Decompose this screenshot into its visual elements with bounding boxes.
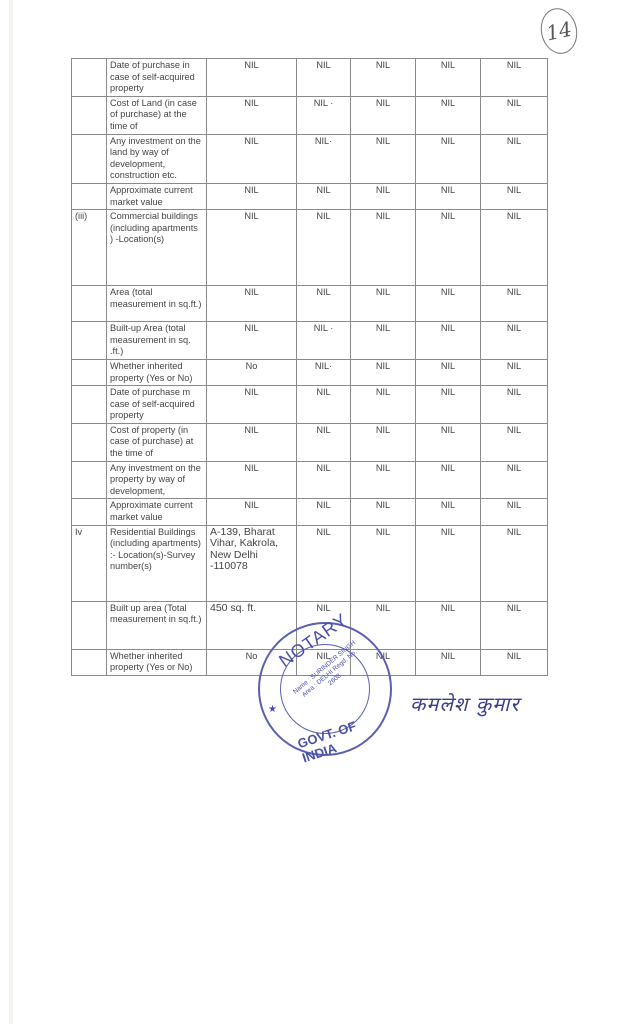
description-cell: Whether inherited property (Yes or No) — [107, 649, 207, 675]
value-cell: NIL — [416, 525, 481, 601]
value-cell: NIL — [297, 386, 351, 424]
table-row: Area (total measurement in sq.ft.)NILNIL… — [72, 286, 548, 322]
description-cell: Approximate current market value — [107, 499, 207, 525]
value-cell: NIL · — [297, 322, 351, 360]
description-cell: Any investment on the land by way of dev… — [107, 134, 207, 183]
value-cell: NIL — [481, 96, 548, 134]
serial-number-cell — [72, 461, 107, 499]
value-cell: NIL — [297, 499, 351, 525]
value-cell: NIL — [481, 601, 548, 649]
table-row: IvResidential Buildings (including apart… — [72, 525, 548, 601]
table-row: Whether inherited property (Yes or No)No… — [72, 359, 548, 385]
value-cell: NIL — [351, 286, 416, 322]
value-cell: NIL — [481, 525, 548, 601]
value-cell: NIL — [416, 322, 481, 360]
value-cell: NIL — [416, 386, 481, 424]
assets-table: Date of purchase in case of self-acquire… — [71, 58, 548, 676]
description-cell: Date of purchase m case of self-acquired… — [107, 386, 207, 424]
table-row: Approximate current market valueNILNILNI… — [72, 499, 548, 525]
value-cell: NIL — [416, 359, 481, 385]
value-cell: A-139, Bharat Vihar, Kakrola, New Delhi … — [207, 525, 297, 601]
value-cell: NIL — [351, 210, 416, 286]
value-cell: NIL — [351, 423, 416, 461]
value-cell: NIL — [297, 210, 351, 286]
page-number: 14 — [537, 5, 582, 57]
value-cell: NIL — [481, 59, 548, 97]
serial-number-cell — [72, 59, 107, 97]
value-cell: NIL — [351, 134, 416, 183]
value-cell: NIL · — [297, 96, 351, 134]
value-cell: NIL — [416, 423, 481, 461]
serial-number-cell — [72, 96, 107, 134]
value-cell: NIL — [481, 183, 548, 209]
value-cell: NIL — [207, 499, 297, 525]
value-cell: NIL — [297, 423, 351, 461]
value-cell: NIL — [207, 59, 297, 97]
description-cell: Date of purchase in case of self-acquire… — [107, 59, 207, 97]
value-cell: NIL — [351, 461, 416, 499]
serial-number-cell — [72, 386, 107, 424]
value-cell: NIL — [416, 461, 481, 499]
signature: कमलेश कुमार — [410, 690, 520, 717]
value-cell: NIL — [207, 386, 297, 424]
serial-number-cell — [72, 423, 107, 461]
value-cell: NIL· — [297, 359, 351, 385]
value-cell: NIL — [297, 183, 351, 209]
table-row: Any investment on the land by way of dev… — [72, 134, 548, 183]
table-row: Date of purchase in case of self-acquire… — [72, 59, 548, 97]
value-cell: NIL — [481, 461, 548, 499]
page-number-text: 14 — [544, 17, 574, 46]
description-cell: Residential Buildings (including apartme… — [107, 525, 207, 601]
value-cell: NIL — [416, 59, 481, 97]
value-cell: NIL — [207, 183, 297, 209]
value-cell: NIL — [416, 649, 481, 675]
description-cell: Built-up Area (total measurement in sq. … — [107, 322, 207, 360]
description-cell: Area (total measurement in sq.ft.) — [107, 286, 207, 322]
value-cell: NIL — [416, 183, 481, 209]
value-cell: NIL — [207, 96, 297, 134]
value-cell: NIL· — [297, 134, 351, 183]
value-cell: NIL — [351, 359, 416, 385]
value-cell: NIL — [416, 601, 481, 649]
value-cell: NIL — [416, 96, 481, 134]
value-cell: NIL — [207, 134, 297, 183]
value-cell: NIL — [351, 96, 416, 134]
serial-number-cell — [72, 649, 107, 675]
value-cell: NIL — [481, 649, 548, 675]
value-cell: NIL — [351, 183, 416, 209]
value-cell: NIL — [297, 59, 351, 97]
serial-number-cell — [72, 322, 107, 360]
table-row: Approximate current market valueNILNILNI… — [72, 183, 548, 209]
scan-edge — [9, 0, 13, 1024]
value-cell: NIL — [207, 423, 297, 461]
description-cell: Any investment on the property by way of… — [107, 461, 207, 499]
value-cell: NIL — [481, 322, 548, 360]
description-cell: Built up area (Total measurement in sq.f… — [107, 601, 207, 649]
description-cell: Approximate current market value — [107, 183, 207, 209]
value-cell: NIL — [351, 59, 416, 97]
serial-number-cell: Iv — [72, 525, 107, 601]
value-cell: NIL — [207, 210, 297, 286]
serial-number-cell — [72, 601, 107, 649]
value-cell: NIL — [416, 499, 481, 525]
value-cell: NIL — [297, 461, 351, 499]
value-cell: NIL — [481, 386, 548, 424]
value-cell: NIL — [481, 423, 548, 461]
table-row: Built-up Area (total measurement in sq. … — [72, 322, 548, 360]
notary-stamp: NOTARY Name : SURINDER SINGH Area : DELH… — [258, 622, 392, 756]
value-cell: NIL — [297, 525, 351, 601]
table-row: Date of purchase m case of self-acquired… — [72, 386, 548, 424]
value-cell: NIL — [481, 286, 548, 322]
value-cell: NIL — [481, 134, 548, 183]
value-cell: NIL — [207, 461, 297, 499]
description-cell: Cost of property (in case of purchase) a… — [107, 423, 207, 461]
value-cell: No — [207, 359, 297, 385]
value-cell: NIL — [297, 286, 351, 322]
serial-number-cell — [72, 499, 107, 525]
table-row: (iii)Commercial buildings (including apa… — [72, 210, 548, 286]
serial-number-cell — [72, 183, 107, 209]
value-cell: NIL — [351, 386, 416, 424]
value-cell: NIL — [351, 322, 416, 360]
value-cell: NIL — [481, 210, 548, 286]
star-icon: ★ — [268, 704, 277, 715]
description-cell: Commercial buildings (including apartmen… — [107, 210, 207, 286]
serial-number-cell — [72, 286, 107, 322]
value-cell: NIL — [416, 286, 481, 322]
serial-number-cell: (iii) — [72, 210, 107, 286]
value-cell: NIL — [207, 286, 297, 322]
serial-number-cell — [72, 359, 107, 385]
table-row: Cost of Land (in case of purchase) at th… — [72, 96, 548, 134]
value-cell: NIL — [207, 322, 297, 360]
description-cell: Whether inherited property (Yes or No) — [107, 359, 207, 385]
value-cell: NIL — [481, 359, 548, 385]
table-row: Any investment on the property by way of… — [72, 461, 548, 499]
value-cell: NIL — [351, 499, 416, 525]
value-cell: NIL — [416, 134, 481, 183]
table-row: Cost of property (in case of purchase) a… — [72, 423, 548, 461]
serial-number-cell — [72, 134, 107, 183]
value-cell: NIL — [481, 499, 548, 525]
value-cell: NIL — [416, 210, 481, 286]
assets-table-body: Date of purchase in case of self-acquire… — [72, 59, 548, 676]
value-cell: NIL — [351, 525, 416, 601]
description-cell: Cost of Land (in case of purchase) at th… — [107, 96, 207, 134]
